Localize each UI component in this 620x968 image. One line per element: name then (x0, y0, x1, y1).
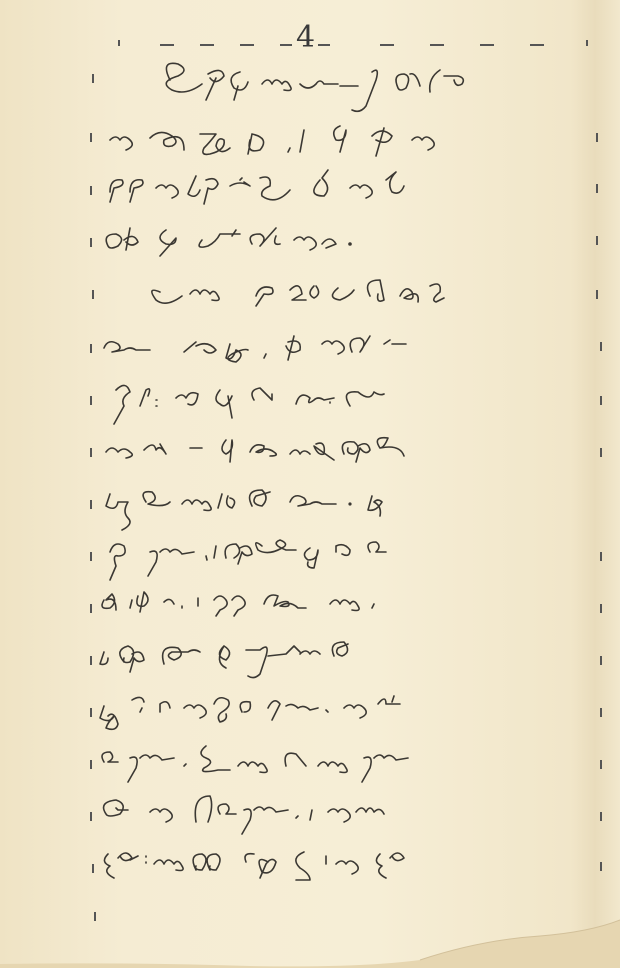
shorthand-line-12 (100, 642, 348, 678)
shorthand-line-14 (102, 746, 408, 782)
shorthand-line-13 (100, 696, 400, 729)
shorthand-line-1 (166, 63, 463, 111)
shorthand-line-7 (114, 385, 384, 424)
shorthand-line-4 (106, 228, 352, 256)
scanned-page: 4 (0, 0, 620, 968)
shorthand-line-5 (152, 280, 444, 306)
shorthand-line-11 (102, 592, 374, 616)
shorthand-line-15 (104, 796, 384, 834)
shorthand-line-2 (110, 126, 434, 156)
shorthand-line-8 (106, 438, 404, 462)
shorthand-line-10 (110, 540, 386, 580)
shorthand-text-body (0, 0, 620, 968)
shorthand-line-6 (104, 336, 406, 362)
shorthand-line-16 (104, 852, 404, 880)
shorthand-line-9 (106, 490, 382, 530)
shorthand-line-3 (110, 170, 404, 204)
